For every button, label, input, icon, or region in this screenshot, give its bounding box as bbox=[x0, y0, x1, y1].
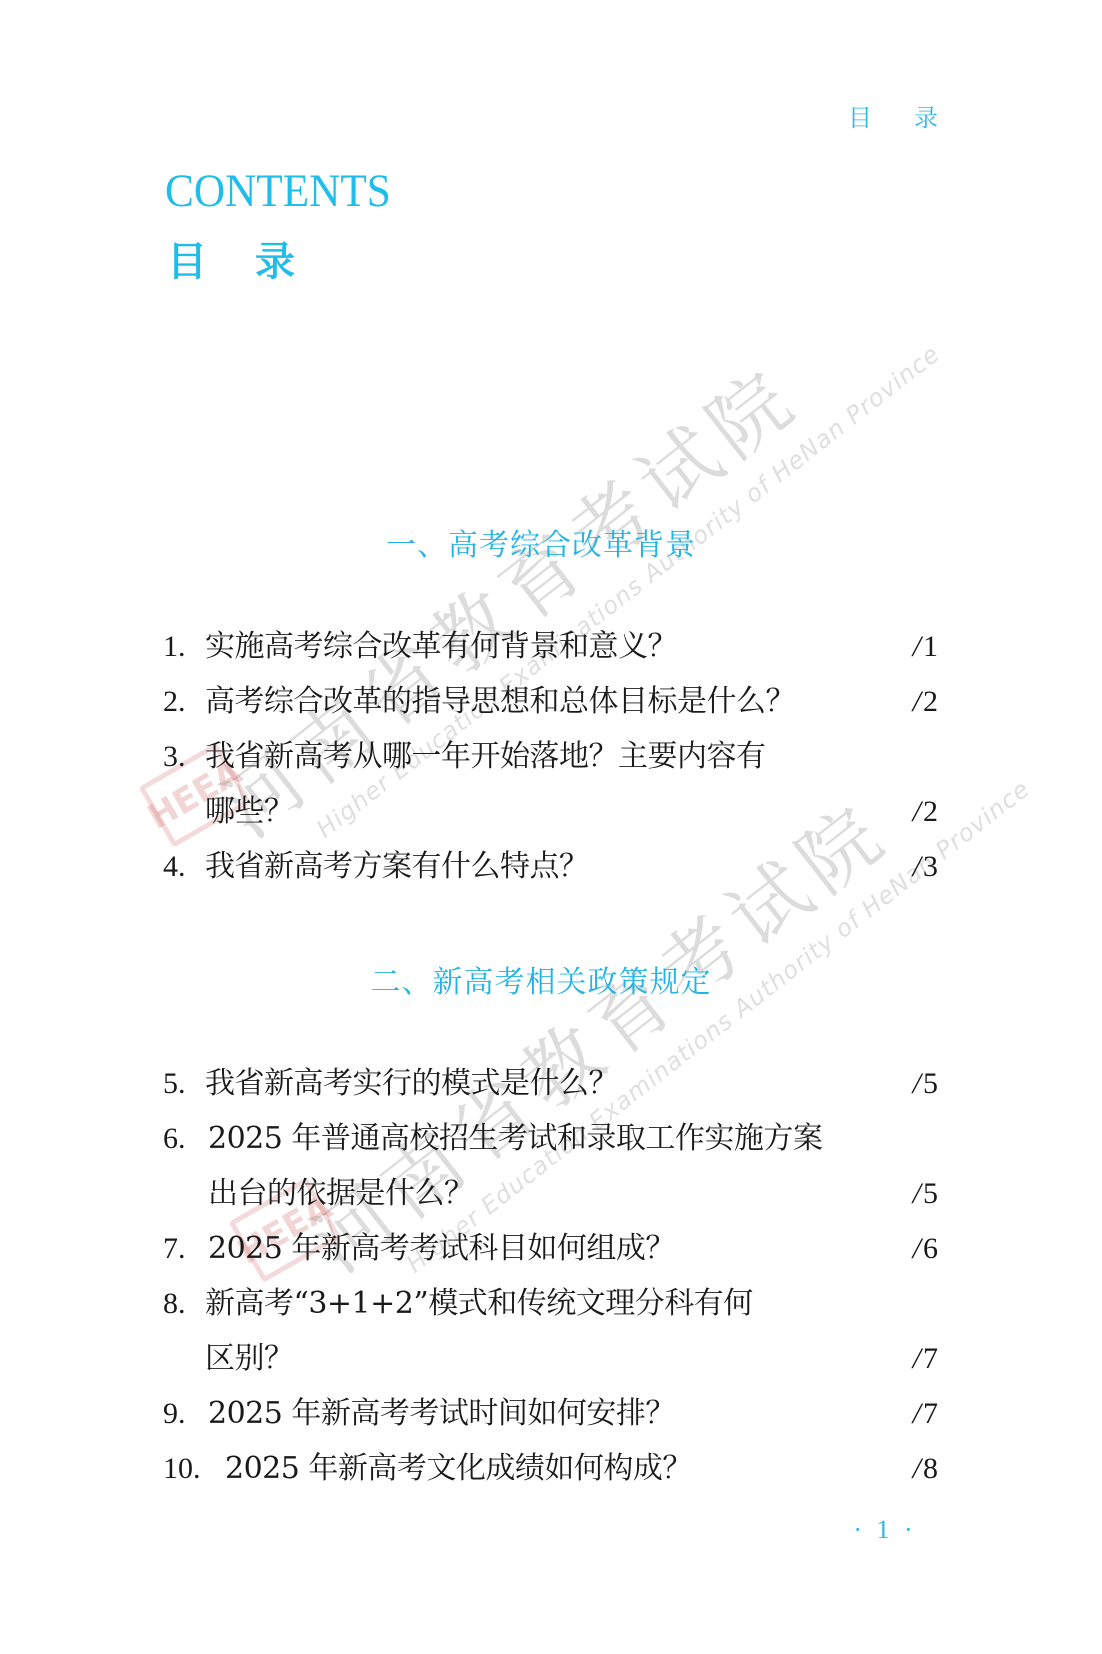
watermark: 河南省教育考试院 Higher Education Examinations A… bbox=[195, 251, 945, 880]
toc-item-page: /1 bbox=[913, 626, 938, 668]
toc-item-page: /6 bbox=[913, 1228, 938, 1270]
toc-item[interactable]: 5. 我省新高考实行的模式是什么？ /5 bbox=[163, 1063, 938, 1105]
toc-item-page: /7 bbox=[913, 1338, 938, 1380]
toc-item-page: /7 bbox=[913, 1393, 938, 1435]
toc-item-title[interactable]: 我省新高考方案有什么特点？ bbox=[205, 846, 589, 888]
toc-item-title[interactable]: 2025 年新高考考试时间如何安排？ bbox=[208, 1393, 675, 1435]
toc-item-page: /2 bbox=[913, 791, 938, 833]
toc-item-number: 1. bbox=[163, 626, 186, 668]
toc-item-number: 5. bbox=[163, 1063, 186, 1105]
toc-item-title[interactable]: 2025 年新高考考试科目如何组成？ bbox=[208, 1228, 675, 1270]
page-title-en: CONTENTS bbox=[165, 163, 391, 219]
toc-page: 河南省教育考试院 Higher Education Examinations A… bbox=[0, 0, 1102, 1654]
toc-item-title[interactable]: 实施高考综合改革有何背景和意义？ bbox=[205, 626, 677, 668]
toc-item-title[interactable]: 区别？ bbox=[205, 1338, 294, 1380]
toc-item-page: /3 bbox=[913, 846, 938, 888]
toc-item[interactable]: 2. 高考综合改革的指导思想和总体目标是什么？ /2 bbox=[163, 681, 938, 723]
toc-item-number: 10. bbox=[163, 1448, 201, 1490]
toc-item-page: /8 bbox=[913, 1448, 938, 1490]
toc-item-number: 8. bbox=[163, 1283, 186, 1325]
toc-item-number: 3. bbox=[163, 736, 186, 778]
toc-item[interactable]: 3. 我省新高考从哪一年开始落地？主要内容有 bbox=[163, 736, 938, 778]
toc-item[interactable]: 4. 我省新高考方案有什么特点？ /3 bbox=[163, 846, 938, 888]
toc-item[interactable]: 10. 2025 年新高考文化成绩如何构成？ /8 bbox=[163, 1448, 938, 1490]
toc-item-page: /5 bbox=[913, 1063, 938, 1105]
toc-item-number: 9. bbox=[163, 1393, 186, 1435]
toc-item-page: /5 bbox=[913, 1173, 938, 1215]
section-heading: 一、高考综合改革背景 bbox=[0, 520, 1092, 564]
toc-item-title[interactable]: 新高考“3+1+2”模式和传统文理分科有何 bbox=[205, 1283, 753, 1325]
page-number: · 1 · bbox=[845, 1515, 925, 1545]
page-title-zh-char: 录 bbox=[255, 230, 295, 287]
toc-item-title[interactable]: 哪些？ bbox=[205, 791, 294, 833]
toc-item-page: /2 bbox=[913, 681, 938, 723]
toc-item-number: 4. bbox=[163, 846, 186, 888]
toc-item-title[interactable]: 我省新高考实行的模式是什么？ bbox=[205, 1063, 618, 1105]
running-head: 目 录 bbox=[848, 98, 938, 132]
toc-item[interactable]: 1. 实施高考综合改革有何背景和意义？ /1 bbox=[163, 626, 938, 668]
toc-item-title[interactable]: 我省新高考从哪一年开始落地？主要内容有 bbox=[205, 736, 766, 778]
running-head-char: 目 bbox=[848, 98, 872, 133]
toc-item[interactable]: 9. 2025 年新高考考试时间如何安排？ /7 bbox=[163, 1393, 938, 1435]
toc-item-title[interactable]: 2025 年新高考文化成绩如何构成？ bbox=[225, 1448, 692, 1490]
toc-item-number: 6. bbox=[163, 1118, 186, 1160]
toc-item-continuation[interactable]: 区别？ /7 bbox=[163, 1338, 938, 1380]
toc-item-title[interactable]: 高考综合改革的指导思想和总体目标是什么？ bbox=[205, 681, 795, 723]
toc-item-continuation[interactable]: 哪些？ /2 bbox=[163, 791, 938, 833]
toc-item-title[interactable]: 出台的依据是什么？ bbox=[208, 1173, 474, 1215]
toc-item-number: 7. bbox=[163, 1228, 186, 1270]
toc-item-continuation[interactable]: 出台的依据是什么？ /5 bbox=[163, 1173, 938, 1215]
toc-item[interactable]: 7. 2025 年新高考考试科目如何组成？ /6 bbox=[163, 1228, 938, 1270]
toc-item[interactable]: 6. 2025 年普通高校招生考试和录取工作实施方案 bbox=[163, 1118, 938, 1160]
toc-item[interactable]: 8. 新高考“3+1+2”模式和传统文理分科有何 bbox=[163, 1283, 938, 1325]
page-title-zh-char: 目 bbox=[167, 230, 207, 287]
toc-item-title[interactable]: 2025 年普通高校招生考试和录取工作实施方案 bbox=[208, 1118, 822, 1160]
running-head-char: 录 bbox=[914, 98, 938, 133]
section-heading: 二、新高考相关政策规定 bbox=[0, 957, 1092, 1001]
toc-item-number: 2. bbox=[163, 681, 186, 723]
page-title-zh: 目 录 bbox=[167, 232, 295, 284]
